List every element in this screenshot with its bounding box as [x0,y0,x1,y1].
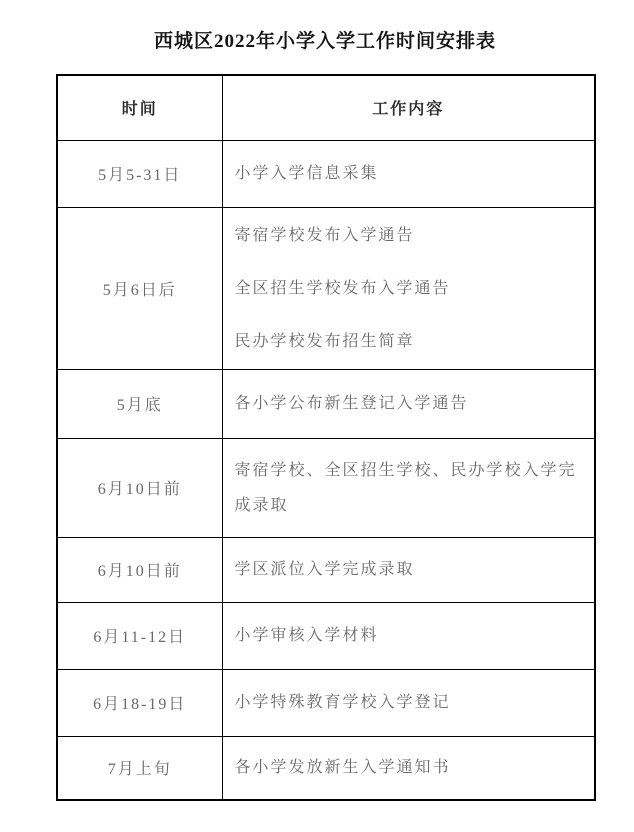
content-line: 民办学校发布招生简章 [235,315,585,368]
table-row: 5月底 各小学公布新生登记入学通告 [57,369,595,438]
header-time: 时间 [57,75,222,140]
content-line: 小学入学信息采集 [235,163,585,185]
content-cell: 小学审核入学材料 [222,602,595,669]
time-cell: 5月5-31日 [57,140,222,207]
content-cell: 各小学公布新生登记入学通告 [222,369,595,438]
content-lines: 寄宿学校发布入学通告 全区招生学校发布入学通告 民办学校发布招生简章 [235,209,585,368]
content-line: 各小学发放新生入学通知书 [235,757,585,779]
table-row: 6月18-19日 小学特殊教育学校入学登记 [57,669,595,736]
schedule-table: 时间 工作内容 5月5-31日 小学入学信息采集 5月6日后 寄宿学校发布入学通… [56,74,596,801]
content-line: 各小学公布新生登记入学通告 [235,393,585,415]
time-cell: 6月18-19日 [57,669,222,736]
content-cell: 各小学发放新生入学通知书 [222,736,595,800]
content-cell: 小学特殊教育学校入学登记 [222,669,595,736]
content-cell: 寄宿学校、全区招生学校、民办学校入学完成录取 [222,438,595,537]
time-cell: 7月上旬 [57,736,222,800]
content-line: 寄宿学校发布入学通告 [235,209,585,262]
table-row: 6月10日前 寄宿学校、全区招生学校、民办学校入学完成录取 [57,438,595,537]
table-row: 5月5-31日 小学入学信息采集 [57,140,595,207]
content-cell: 寄宿学校发布入学通告 全区招生学校发布入学通告 民办学校发布招生简章 [222,207,595,369]
document-title: 西城区2022年小学入学工作时间安排表 [56,30,594,54]
content-line: 寄宿学校、全区招生学校、民办学校入学完成录取 [235,453,585,523]
content-cell: 学区派位入学完成录取 [222,537,595,602]
table-row: 6月10日前 学区派位入学完成录取 [57,537,595,602]
time-cell: 6月10日前 [57,438,222,537]
content-line: 小学特殊教育学校入学登记 [235,692,585,714]
time-cell: 5月底 [57,369,222,438]
content-line: 小学审核入学材料 [235,625,585,647]
content-line: 全区招生学校发布入学通告 [235,262,585,315]
time-cell: 6月10日前 [57,537,222,602]
content-line: 学区派位入学完成录取 [235,559,585,581]
document-page: 西城区2022年小学入学工作时间安排表 时间 工作内容 5月5-31日 小学入学… [0,0,634,801]
time-cell: 5月6日后 [57,207,222,369]
time-cell: 6月11-12日 [57,602,222,669]
table-row: 6月11-12日 小学审核入学材料 [57,602,595,669]
content-cell: 小学入学信息采集 [222,140,595,207]
header-content: 工作内容 [222,75,595,140]
table-header-row: 时间 工作内容 [57,75,595,140]
table-row: 7月上旬 各小学发放新生入学通知书 [57,736,595,800]
table-row: 5月6日后 寄宿学校发布入学通告 全区招生学校发布入学通告 民办学校发布招生简章 [57,207,595,369]
